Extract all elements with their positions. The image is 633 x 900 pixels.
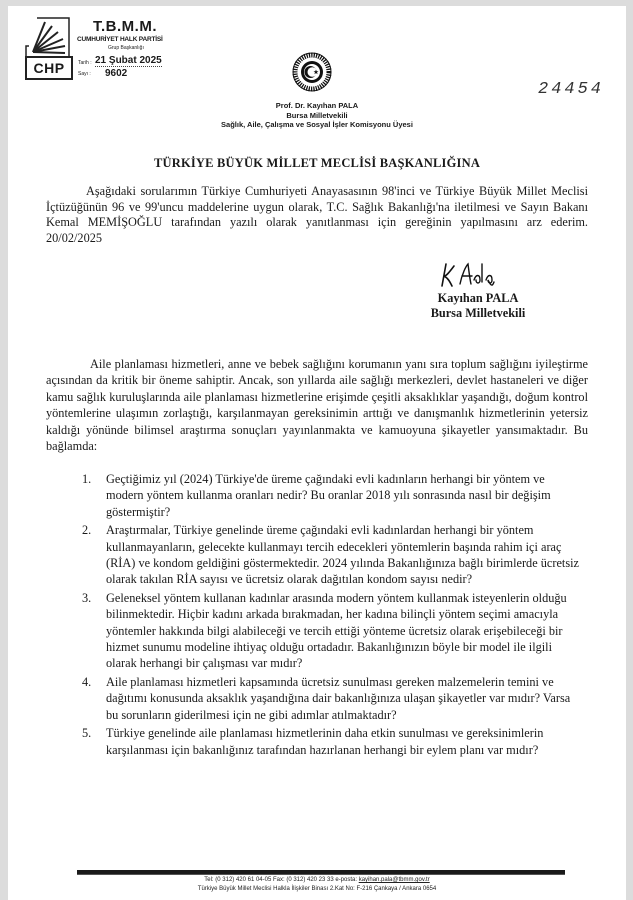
stamp-number-label: Sayı :: [78, 71, 91, 77]
footer-address: Türkiye Büyük Millet Meclisi Halkla İliş…: [8, 885, 626, 894]
signature-title: Bursa Milletvekili: [426, 306, 530, 321]
signature-name: Kayıhan PALA: [426, 291, 530, 306]
chp-receipt-stamp: CHP T.B.M.M. CUMHURİYET HALK PARTİSİ Gru…: [25, 16, 185, 86]
question-item: 5.Türkiye genelinde aile planlaması hizm…: [82, 725, 582, 758]
stamp-group: Grup Başkanlığı: [108, 45, 144, 51]
question-text: Geleneksel yöntem kullanan kadınlar aras…: [106, 591, 567, 671]
chp-logo: CHP: [25, 16, 71, 78]
question-item: 1.Geçtiğimiz yıl (2024) Türkiye'de üreme…: [82, 471, 582, 520]
document-number: 24454: [538, 80, 604, 99]
sender-block: Prof. Dr. Kayıhan PALA Bursa Milletvekil…: [8, 101, 626, 130]
sender-committee: Sağlık, Aile, Çalışma ve Sosyal İşler Ko…: [8, 120, 626, 130]
footer-divider: [77, 870, 565, 875]
tbmm-emblem-icon: [292, 52, 332, 92]
stamp-date-value: 21 Şubat 2025: [95, 55, 162, 67]
stamp-org: T.B.M.M.: [93, 18, 157, 35]
stamp-date-label: Tarih :: [78, 60, 92, 66]
question-item: 2.Araştırmalar, Türkiye genelinde üreme …: [82, 522, 582, 588]
stamp-number-value: 9602: [105, 68, 127, 79]
question-number: 2.: [82, 522, 91, 538]
question-list: 1.Geçtiğimiz yıl (2024) Türkiye'de üreme…: [82, 471, 582, 760]
question-text: Türkiye genelinde aile planlaması hizmet…: [106, 726, 543, 756]
intro-paragraph: Aşağıdaki sorularımın Türkiye Cumhuriyet…: [46, 184, 588, 246]
question-text: Aile planlaması hizmetleri kapsamında üc…: [106, 675, 570, 722]
chp-six-arrows-icon: [25, 16, 71, 56]
question-number: 3.: [82, 590, 91, 606]
footer-email-link[interactable]: kayihan.pala@tbmm.gov.tr: [359, 877, 430, 883]
document-heading: TÜRKİYE BÜYÜK MİLLET MECLİSİ BAŞKANLIĞIN…: [8, 156, 626, 171]
body-paragraph: Aile planlaması hizmetleri, anne ve bebe…: [46, 356, 588, 454]
footer: Tel: (0 312) 420 61 04-05 Fax: (0 312) 4…: [8, 876, 626, 894]
question-text: Geçtiğimiz yıl (2024) Türkiye'de üreme ç…: [106, 472, 551, 519]
sender-title: Bursa Milletvekili: [8, 111, 626, 121]
document-page: CHP T.B.M.M. CUMHURİYET HALK PARTİSİ Gru…: [8, 6, 626, 900]
chp-logo-text: CHP: [25, 56, 73, 80]
signature-block: Kayıhan PALA Bursa Milletvekili: [426, 291, 530, 320]
question-number: 4.: [82, 674, 91, 690]
sender-name: Prof. Dr. Kayıhan PALA: [8, 101, 626, 111]
question-text: Araştırmalar, Türkiye genelinde üreme ça…: [106, 523, 579, 586]
question-number: 5.: [82, 725, 91, 741]
question-item: 3.Geleneksel yöntem kullanan kadınlar ar…: [82, 590, 582, 672]
footer-contact-text: Tel: (0 312) 420 61 04-05 Fax: (0 312) 4…: [204, 877, 357, 883]
question-number: 1.: [82, 471, 91, 487]
handwritten-signature: [438, 260, 518, 290]
question-item: 4.Aile planlaması hizmetleri kapsamında …: [82, 674, 582, 723]
stamp-party: CUMHURİYET HALK PARTİSİ: [77, 36, 163, 43]
footer-contact: Tel: (0 312) 420 61 04-05 Fax: (0 312) 4…: [8, 876, 626, 885]
